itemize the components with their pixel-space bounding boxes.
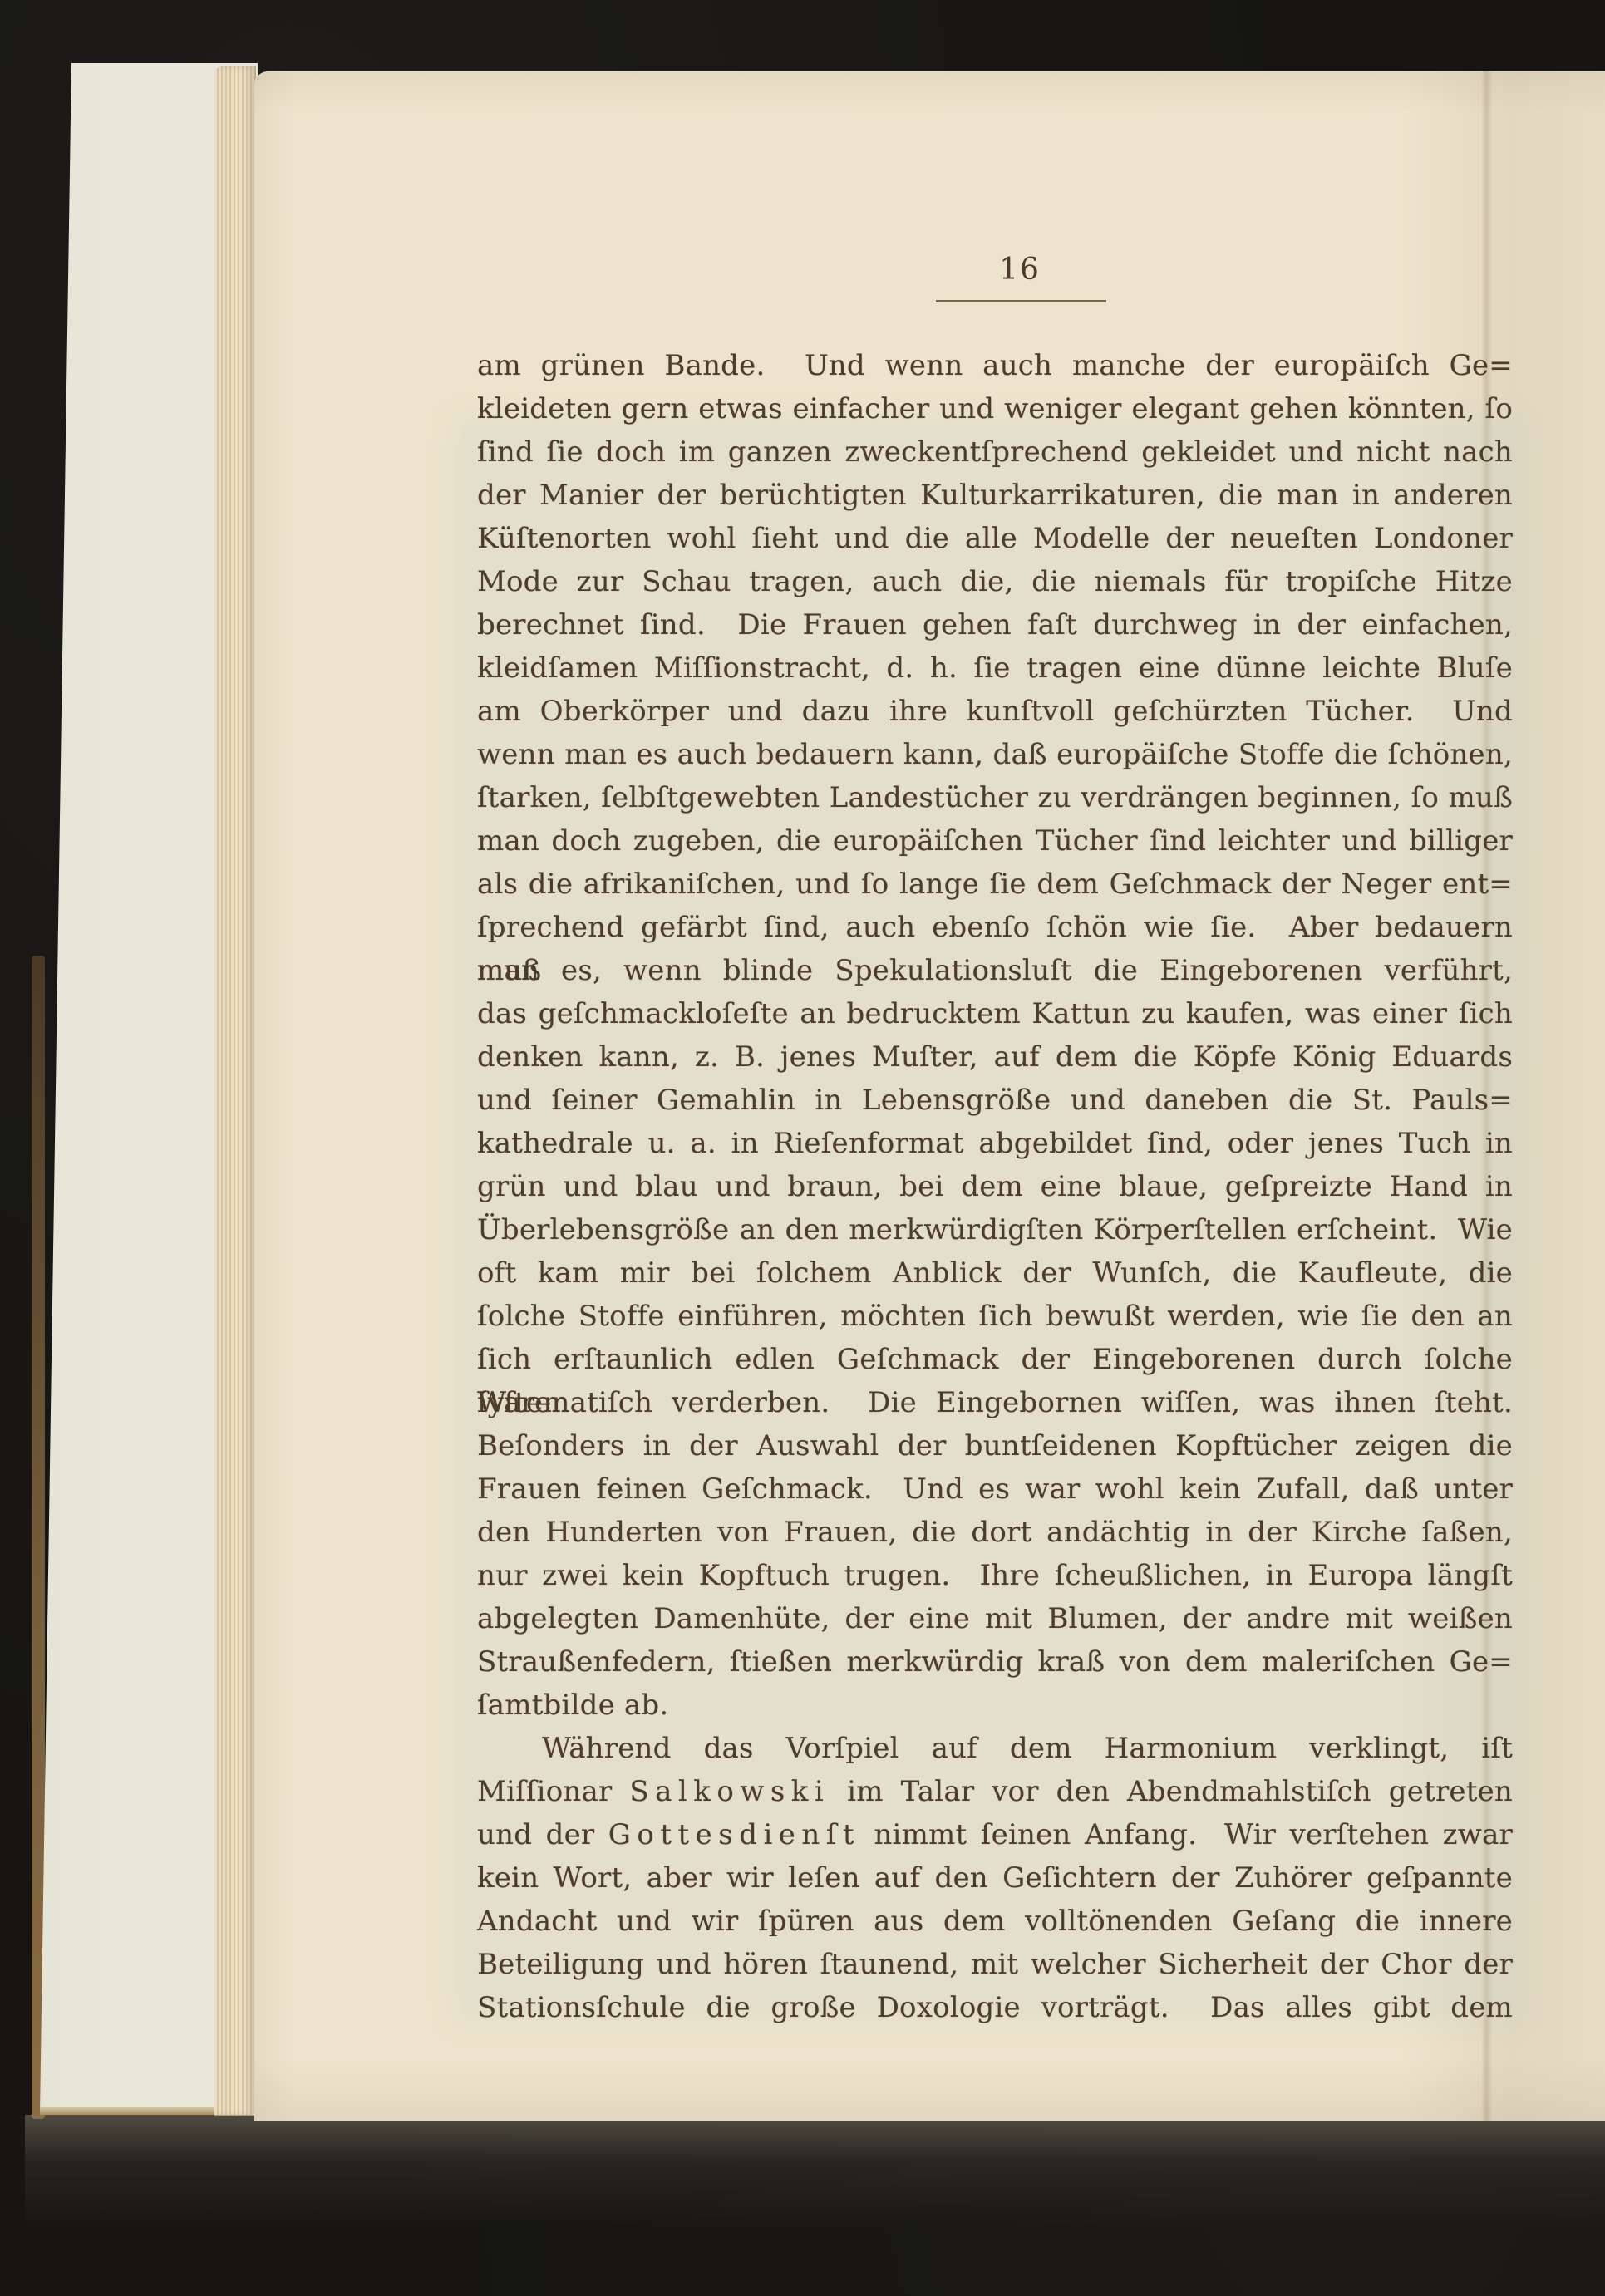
page-number-rule (936, 300, 1106, 302)
text-segment: Frauen feinen Geſchmack. Und es war wohl… (477, 1472, 1513, 1506)
text-line: ſich erſtaunlich edlen Geſchmack der Ein… (477, 1338, 1513, 1381)
text-segment: nur zwei kein Kopftuch trugen. Ihre ſche… (477, 1559, 1513, 1592)
text-segment: man es, wenn blinde Spekulationsluſt die… (477, 954, 1513, 987)
text-segment: man doch zugeben, die europäiſchen Tüche… (477, 824, 1513, 858)
text-line: ſind ſie doch im ganzen zweckentſprechen… (477, 430, 1513, 474)
text-segment: ſamtbilde ab. (477, 1689, 668, 1722)
text-line: kleideten gern etwas einfacher und wenig… (477, 387, 1513, 430)
text-line: abgelegten Damenhüte, der eine mit Blume… (477, 1597, 1513, 1640)
text-line: am Oberkörper und dazu ihre kunſtvoll ge… (477, 690, 1513, 733)
text-line: am grünen Bande. Und wenn auch manche de… (477, 344, 1513, 387)
letterspaced-word: Gottesdienſt (608, 1818, 860, 1851)
text-segment: kleidſamen Miſſionstracht, d. h. ſie tra… (477, 651, 1513, 685)
text-line: Beſonders in der Auswahl der buntſeidene… (477, 1424, 1513, 1468)
text-line: nur zwei kein Kopftuch trugen. Ihre ſche… (477, 1554, 1513, 1597)
text-line: denken kann, z. B. jenes Muſter, auf dem… (477, 1035, 1513, 1079)
text-line: das geſchmackloſeſte an bedrucktem Kattu… (477, 992, 1513, 1035)
text-line: ſyſtematiſch verderben. Die Eingebornen … (477, 1381, 1513, 1424)
text-segment: Während das Vorſpiel auf dem Harmonium v… (542, 1732, 1513, 1765)
text-segment: Andacht und wir ſpüren aus dem volltönen… (477, 1905, 1513, 1938)
text-segment: und der (477, 1818, 608, 1851)
text-segment: Beteiligung und hören ſtaunend, mit welc… (477, 1948, 1513, 1981)
text-line: Beteiligung und hören ſtaunend, mit welc… (477, 1943, 1513, 1986)
text-line: Frauen feinen Geſchmack. Und es war wohl… (477, 1468, 1513, 1511)
text-line: grün und blau und braun, bei dem eine bl… (477, 1165, 1513, 1208)
text-line: Stationsſchule die große Doxologie vortr… (477, 1986, 1513, 2029)
text-line: und der Gottesdienſt nimmt ſeinen Anfang… (477, 1813, 1513, 1856)
text-line: ſolche Stoffe einführen, möchten ſich be… (477, 1295, 1513, 1338)
text-segment: im Talar vor den Abendmahlstiſch getrete… (830, 1775, 1513, 1808)
text-line: ſprechend gefärbt ſind, auch ebenſo ſchö… (477, 906, 1513, 949)
text-line: Überlebensgröße an den merkwürdigſten Kö… (477, 1208, 1513, 1251)
text-segment: kleideten gern etwas einfacher und wenig… (477, 392, 1513, 425)
text-line: man doch zugeben, die europäiſchen Tüche… (477, 819, 1513, 863)
text-segment: den Hunderten von Frauen, die dort andäc… (477, 1516, 1513, 1549)
text-segment: der Manier der berüchtigten Kulturkarrik… (477, 479, 1513, 512)
text-segment: grün und blau und braun, bei dem eine bl… (477, 1170, 1513, 1203)
text-segment: nimmt ſeinen Anfang. Wir verſtehen zwar (860, 1818, 1513, 1851)
text-line: Miſſionar Salkowski im Talar vor den Abe… (477, 1770, 1513, 1813)
text-segment: kathedrale u. a. in Rieſenformat abgebil… (477, 1127, 1513, 1160)
text-segment: Miſſionar (477, 1775, 629, 1808)
book-scan-backdrop: 16 am grünen Bande. Und wenn auch manche… (0, 0, 1605, 2296)
text-segment: berechnet ſind. Die Frauen gehen faſt du… (477, 608, 1513, 642)
text-line: als die afrikaniſchen, und ſo lange ſie … (477, 863, 1513, 906)
text-segment: ſyſtematiſch verderben. Die Eingebornen … (477, 1386, 1513, 1419)
text-line: kleidſamen Miſſionstracht, d. h. ſie tra… (477, 647, 1513, 690)
text-line: Während das Vorſpiel auf dem Harmonium v… (477, 1727, 1513, 1770)
page-edge-stack (214, 66, 256, 2116)
text-segment: Überlebensgröße an den merkwürdigſten Kö… (477, 1213, 1513, 1246)
text-segment: wenn man es auch bedauern kann, daß euro… (477, 738, 1513, 771)
text-segment: und ſeiner Gemahlin in Lebensgröße und d… (477, 1084, 1513, 1117)
text-line: den Hunderten von Frauen, die dort andäc… (477, 1511, 1513, 1554)
text-line: oft kam mir bei ſolchem Anblick der Wunſ… (477, 1251, 1513, 1295)
text-line: ſtarken, ſelbſtgewebten Landestücher zu … (477, 776, 1513, 819)
text-segment: Küſtenorten wohl ſieht und die alle Mode… (477, 522, 1513, 555)
text-segment: oft kam mir bei ſolchem Anblick der Wunſ… (477, 1256, 1513, 1290)
text-line: ſamtbilde ab. (477, 1684, 1513, 1727)
text-line: man es, wenn blinde Spekulationsluſt die… (477, 949, 1513, 992)
text-segment: ſtarken, ſelbſtgewebten Landestücher zu … (477, 781, 1513, 814)
text-line: Andacht und wir ſpüren aus dem volltönen… (477, 1900, 1513, 1943)
text-segment: das geſchmackloſeſte an bedrucktem Kattu… (477, 997, 1513, 1030)
text-segment: ſolche Stoffe einführen, möchten ſich be… (477, 1300, 1513, 1333)
text-line: berechnet ſind. Die Frauen gehen faſt du… (477, 603, 1513, 647)
text-segment: Beſonders in der Auswahl der buntſeidene… (477, 1429, 1513, 1463)
letterspaced-word: Salkowski (629, 1775, 830, 1808)
text-line: Straußenfedern, ſtießen merkwürdig kraß … (477, 1640, 1513, 1684)
text-segment: denken kann, z. B. jenes Muſter, auf dem… (477, 1040, 1513, 1074)
text-line: wenn man es auch bedauern kann, daß euro… (477, 733, 1513, 776)
page-text: am grünen Bande. Und wenn auch manche de… (477, 344, 1513, 2029)
page-bottom-shadow (25, 2115, 1605, 2248)
text-line: Küſtenorten wohl ſieht und die alle Mode… (477, 517, 1513, 560)
text-segment: Straußenfedern, ſtießen merkwürdig kraß … (477, 1645, 1513, 1679)
text-segment: am grünen Bande. Und wenn auch manche de… (477, 349, 1513, 382)
text-segment: abgelegten Damenhüte, der eine mit Blume… (477, 1602, 1513, 1635)
text-segment: Mode zur Schau tragen, auch die, die nie… (477, 565, 1513, 598)
text-segment: als die afrikaniſchen, und ſo lange ſie … (477, 868, 1513, 901)
text-segment: kein Wort, aber wir leſen auf den Geſich… (477, 1861, 1513, 1895)
text-line: und ſeiner Gemahlin in Lebensgröße und d… (477, 1079, 1513, 1122)
text-line: kein Wort, aber wir leſen auf den Geſich… (477, 1856, 1513, 1900)
text-line: Mode zur Schau tragen, auch die, die nie… (477, 560, 1513, 603)
text-segment: Stationsſchule die große Doxologie vortr… (477, 1991, 1513, 2024)
text-line: kathedrale u. a. in Rieſenformat abgebil… (477, 1122, 1513, 1165)
text-segment: am Oberkörper und dazu ihre kunſtvoll ge… (477, 695, 1513, 728)
text-line: der Manier der berüchtigten Kulturkarrik… (477, 474, 1513, 517)
text-segment: ſind ſie doch im ganzen zweckentſprechen… (477, 435, 1513, 469)
page-number: 16 (924, 253, 1115, 287)
